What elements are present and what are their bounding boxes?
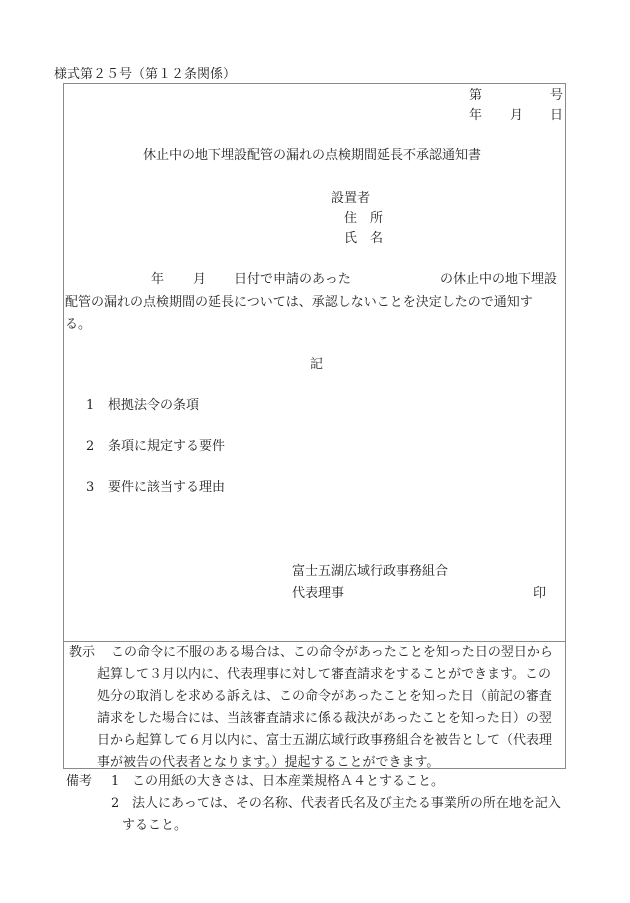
body-month: 月 [193, 273, 206, 286]
item-3-num: 3 [86, 481, 94, 494]
remark-2-continuation: すること。 [122, 819, 187, 832]
notice-line: 日から起算して６月以内に、富士五湖広域行政事務組合を被告として（代表理 [97, 734, 552, 747]
notice-line: 処分の取消しを求める訴えは、この命令があったことを知った日（前記の審査 [97, 690, 552, 703]
body-year: 年 [151, 273, 164, 286]
date-year-label: 年 [469, 109, 482, 122]
number-suffix: 号 [550, 89, 563, 102]
date-month-label: 月 [510, 109, 523, 122]
seal-mark: 印 [533, 587, 546, 600]
item-2-num: 2 [86, 440, 94, 453]
date-day-label: 日 [550, 109, 563, 122]
notice-line: 起算して３月以内に、代表理事に対して審査請求をすることができます。この [97, 668, 551, 681]
body-line1-end: の休止中の地下埋設 [440, 273, 557, 286]
body-day-text: 日付で申請のあった [234, 273, 351, 286]
item-2-label: 条項に規定する要件 [108, 440, 225, 453]
issuer-organization: 富士五湖広域行政事務組合 [292, 565, 448, 578]
item-3-label: 要件に該当する理由 [108, 481, 225, 494]
remark-1-num: 1 [111, 775, 119, 788]
item-1-num: 1 [86, 399, 94, 412]
remark-2-text: 法人にあっては、その名称、代表者氏名及び主たる事業所の所在地を記入 [132, 797, 561, 810]
remark-2-num: 2 [111, 797, 119, 810]
name-label: 氏 名 [344, 232, 383, 245]
notice-line: この命令に不服のある場合は、この命令があったことを知った日の翌日から [111, 646, 553, 659]
body-line2: 配管の漏れの点検期間の延長については、承認しないことを決定したので通知す [65, 296, 533, 309]
remark-1-text: この用紙の大きさは、日本産業規格Ａ４とすること。 [132, 775, 444, 788]
notice-line: 事が被告の代表者となります。）提起することができます。 [97, 756, 439, 769]
address-label: 住 所 [344, 212, 383, 225]
document-title: 休止中の地下埋設配管の漏れの点検期間延長不承認通知書 [143, 149, 481, 162]
number-prefix: 第 [469, 89, 482, 102]
notice-line: 請求をした場合には、当該審査請求に係る裁決があったことを知った日）の翌 [97, 712, 552, 725]
form-label: 様式第２５号（第１２条関係） [54, 68, 236, 81]
installer-label: 設置者 [331, 192, 370, 205]
item-1-label: 根拠法令の条項 [108, 399, 199, 412]
issuer-title: 代表理事 [292, 587, 344, 600]
ki-heading: 記 [310, 358, 323, 371]
body-line3: る。 [65, 318, 91, 331]
remarks-label: 備考 [66, 775, 92, 788]
notice-label: 教示 [69, 646, 95, 659]
notice-divider [63, 641, 566, 642]
